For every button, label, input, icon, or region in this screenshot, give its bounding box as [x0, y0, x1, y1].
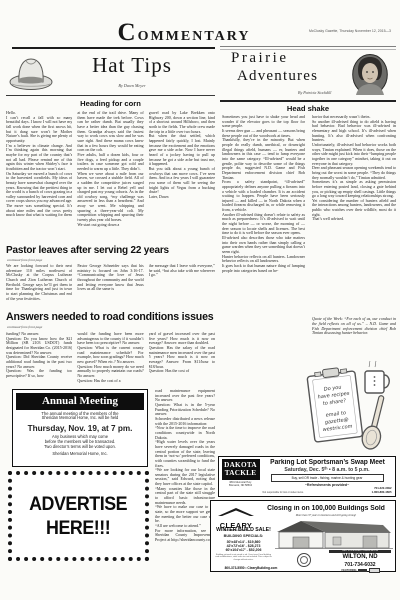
roads-headline: Answers needed to road conditions issues	[6, 311, 222, 323]
hat-tips-column-1: Hello. I can’t recall a fall with so man…	[6, 111, 72, 243]
advertise-here-ad: ADVERTISE HERE!!!	[8, 471, 149, 561]
dakota-tackle-logo: DAKOTA TACKLE	[222, 459, 260, 480]
advertise-line2: HERE!!!	[46, 519, 110, 538]
pastor-headline: Pastor leaves after serving 22 years	[6, 245, 218, 256]
hat-tips-column-3: gravel road by Lake Brekken onto Highway…	[149, 111, 215, 243]
cleary-sale-label: WINTER BUILD SALE!	[215, 527, 272, 533]
clipboard: Do you have recipes to share? email to g…	[306, 366, 362, 442]
prairie-title-line2: Adventures	[237, 68, 318, 85]
wooden-spoon-icon	[360, 394, 391, 451]
header-rule-right	[220, 46, 396, 47]
pastor-column-1: We are looking forward to their next adv…	[6, 264, 72, 309]
roads-article: funding? No answer. Question: Do you kno…	[6, 332, 215, 385]
cleary-headline: Closing in on 100,000 Buildings Sold	[262, 505, 391, 512]
section-title: Commentary	[0, 19, 368, 47]
header-rule-left	[12, 47, 215, 50]
cleary-building-ad: CLEARY BUILDING CORP. Closing in on 100,…	[210, 500, 396, 572]
prairie-subhead: Head shake	[220, 104, 396, 113]
hat-tips-rule	[6, 95, 215, 96]
quote-of-the-week: Quote of the Week: “For each of us, our …	[312, 317, 396, 359]
recipe-clipboard-illustration: Do you have recipes to share? email to g…	[299, 357, 396, 452]
coffee-mug-icon	[365, 361, 389, 393]
dakota-logo-line2: TACKLE	[222, 469, 260, 477]
dakota-logo-line1: DAKOTA	[222, 461, 260, 469]
pastor-column-3: the message that I leave with everyone,”…	[149, 264, 215, 309]
cleary-price-list: 30'x48'x14' - $19,860 42'x72'x16' - $28,…	[215, 540, 272, 553]
cleary-subheadline: More than 37 years in business and still…	[259, 514, 393, 517]
annual-meeting-body3: Two director’s terms will be voted upon.	[13, 445, 147, 450]
roads-continued-note: continued from front page	[7, 325, 42, 329]
cleary-building-image	[275, 518, 393, 551]
dakota-address: 3801 Memorial Hwy. Bismarck, ND 58504	[229, 481, 252, 487]
hat-tips-title: Hat Tips	[56, 53, 208, 78]
cleary-specials-label: BUILDING SPECIALS:	[215, 534, 272, 538]
cleary-city: WILTON, ND	[329, 554, 391, 560]
newspaper-page: McClusky Gazette, Thursday November 12, …	[0, 0, 400, 600]
cowboy-hat-image	[8, 55, 54, 92]
dakota-headline: Parking Lot Sportsman’s Swap Meet	[264, 459, 390, 466]
pastor-article: We are looking forward to their next adv…	[6, 264, 215, 309]
columnist-portrait	[352, 54, 388, 95]
roads-column-1: funding? No answer. Question: Do you kno…	[6, 332, 72, 385]
cleary-disclaimer: Building pictured is not priced in ad. C…	[215, 554, 272, 561]
dakota-date-line: Saturday, Dec. 5ᵗʰ • 8 a.m. to 5 p.m.	[261, 467, 394, 473]
hat-tips-subhead: Heading for corn	[6, 99, 215, 108]
prairie-title-line1: Prairie	[231, 50, 288, 67]
hat-tips-article: Hello. I can’t recall a fall with so man…	[6, 111, 215, 243]
pastor-continued-note: continued from front page	[7, 258, 42, 262]
annual-meeting-header: Annual Meeting	[16, 393, 144, 410]
cleary-featuring-label: FEATURING	[342, 569, 357, 572]
annual-meeting-ad: Annual Meeting The annual meeting of the…	[12, 389, 148, 467]
hat-tips-byline: By Dawn Meyer	[56, 83, 208, 88]
pastor-column-2: Pastor George Schneider says that his mi…	[77, 264, 143, 309]
roads-column-4: road maintenance equipment increased ove…	[155, 389, 215, 562]
cleary-call-banner: CALL FOR A FREE CONSULTATION	[329, 550, 391, 553]
cleary-partner-logo-1	[358, 569, 367, 572]
prairie-byline: By Patricia Stockdill	[298, 90, 331, 95]
annual-meeting-date: Thursday, Nov. 19, at 7 pm.	[13, 424, 147, 433]
prairie-column-2: havior that necessarily wasn’t theirs. S…	[312, 115, 396, 314]
cleary-partner-logo-2	[369, 568, 380, 573]
prairie-rule	[220, 100, 396, 102]
prairie-column-1: Sometimes you just have to shake your he…	[222, 115, 305, 453]
annual-meeting-signature: Sheridan Memorial Home, Inc.	[13, 451, 147, 456]
cleary-roof-icon	[216, 507, 256, 517]
cleary-anniversary-seal	[297, 553, 311, 567]
dakota-phone-2: 1-800-880-4665	[372, 491, 392, 494]
dakota-offer: Buy, sell OR trade - fishing, marine & h…	[271, 474, 384, 482]
hat-tips-column-2: at the end of the trail drive. Many of t…	[77, 111, 143, 243]
roads-column-2: would the funding have been more advanta…	[77, 332, 143, 385]
annual-meeting-line2: Sheridan Memorial Home, Inc. will be hel…	[13, 416, 147, 421]
dakota-tackle-ad: DAKOTA TACKLE 3801 Memorial Hwy. Bismarc…	[218, 456, 396, 497]
roads-column-3: yard of gravel increased over the past f…	[149, 332, 215, 385]
cleary-featuring-row: FEATURING	[331, 568, 391, 573]
dakota-fine-print: Not responsible for lost or stolen items…	[263, 491, 304, 494]
advertise-line1: ADVERTISE	[30, 495, 128, 514]
cleary-contact-line: 800-373-5550 • ClearyBuilding.com	[213, 566, 289, 570]
